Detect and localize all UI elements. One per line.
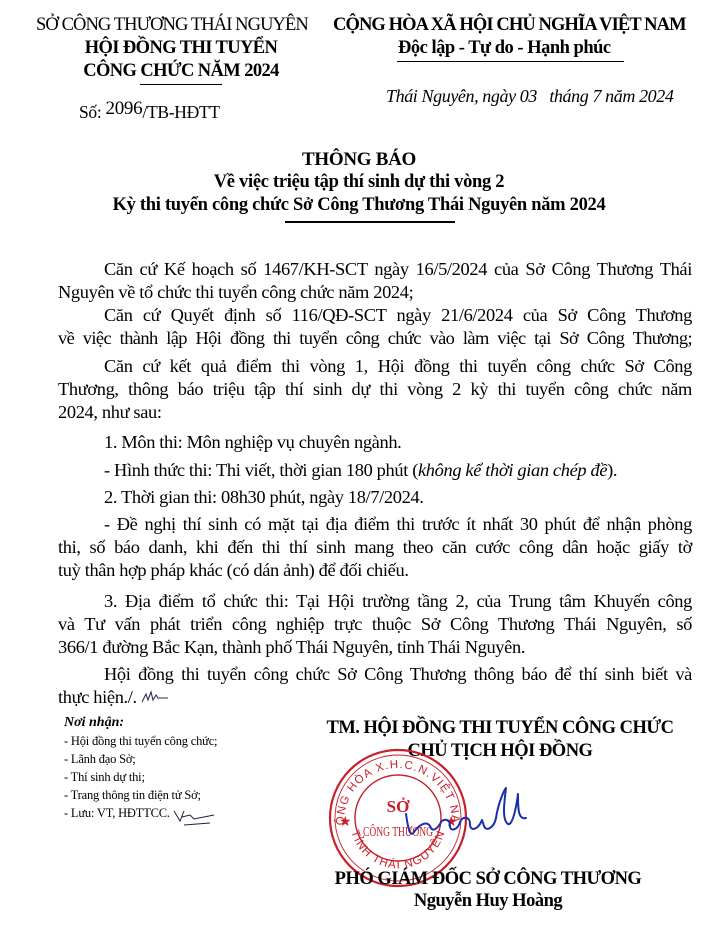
document-subtitle-2: Kỳ thi tuyển công chức Sở Công Thương Th… xyxy=(0,195,718,216)
recipient-item: - Lãnh đạo Sở; xyxy=(64,751,136,767)
doc-number-code: /TB-HĐTT xyxy=(142,102,219,122)
date-day: 03 xyxy=(520,86,537,106)
document-number: Số: 2096 /TB-HĐTT xyxy=(79,102,220,124)
item3-location-line2: và Tư vấn phát triển công nghiệp trực th… xyxy=(58,613,692,635)
recipient-item: - Thí sinh dự thi; xyxy=(64,769,145,785)
body-para2-line1: Căn cứ Quyết định số 116/QĐ-SCT ngày 21/… xyxy=(104,304,692,326)
item1-exam-form-suffix: ). xyxy=(607,460,617,480)
item1-exam-form-prefix: - Hình thức thi: Thi viết, thời gian 180… xyxy=(104,460,418,480)
initials-mark-icon xyxy=(170,805,220,827)
doc-number-label: Số: xyxy=(79,102,101,122)
date-month: 7 xyxy=(592,86,601,106)
motto-underline xyxy=(397,61,624,62)
item1-exam-form-note: không kể thời gian chép đề xyxy=(418,460,607,480)
nation-name: CỘNG HÒA XÃ HỘI CHỦ NGHĨA VIỆT NAM xyxy=(333,14,686,36)
signer-name: Nguyễn Huy Hoàng xyxy=(288,890,688,912)
recipient-item: - Lưu: VT, HĐTTCC. xyxy=(64,805,170,821)
item2-note-line1: - Đề nghị thí sinh có mặt tại địa điểm t… xyxy=(104,513,692,535)
header-left-underline xyxy=(140,84,222,85)
svg-text:★: ★ xyxy=(339,814,352,830)
document-subtitle-1: Về việc triệu tập thí sinh dự thi vòng 2 xyxy=(0,172,718,193)
date-year-label: năm xyxy=(605,86,635,106)
body-para3-line3: 2024, như sau: xyxy=(58,401,162,423)
item3-location-line1: 3. Địa điểm tổ chức thi: Tại Hội trường … xyxy=(104,590,692,612)
body-para3-line1: Căn cứ kết quả điểm thi vòng 1, Hội đồng… xyxy=(104,355,692,377)
handwritten-signature-icon xyxy=(400,780,540,850)
doc-number-value: 2096 xyxy=(106,98,143,119)
agency-name: SỞ CÔNG THƯƠNG THÁI NGUYÊN xyxy=(36,14,326,36)
body-para1-line2: Nguyên về tổ chức thi tuyển công chức nă… xyxy=(58,281,413,303)
recipient-item: - Hội đồng thi tuyển công chức; xyxy=(64,733,217,749)
title-underline xyxy=(285,221,455,223)
date-year: 2024 xyxy=(639,86,673,106)
closing-line2: thực hiện./. xyxy=(58,686,137,708)
document-title: THÔNG BÁO xyxy=(0,149,718,171)
item2-exam-time: 2. Thời gian thi: 08h30 phút, ngày 18/7/… xyxy=(104,486,424,508)
body-para2-line2: về việc thành lập Hội đồng thi tuyển côn… xyxy=(58,327,692,349)
closing-line1: Hội đồng thi tuyển công chức Sở Công Thư… xyxy=(104,663,692,685)
signer-position: PHÓ GIÁM ĐỐC SỞ CÔNG THƯƠNG xyxy=(288,868,688,890)
date-month-label: tháng xyxy=(549,86,588,106)
council-name-line2: CÔNG CHỨC NĂM 2024 xyxy=(40,60,322,82)
recipients-label: Nơi nhận: xyxy=(64,715,124,731)
body-para1-line1: Căn cứ Kế hoạch số 1467/KH-SCT ngày 16/5… xyxy=(104,258,692,280)
recipient-item: - Trang thông tin điện tử Sở; xyxy=(64,787,201,803)
initials-mark-icon xyxy=(140,686,170,706)
national-motto: Độc lập - Tự do - Hạnh phúc xyxy=(398,37,611,59)
item1-exam-form: - Hình thức thi: Thi viết, thời gian 180… xyxy=(104,459,617,481)
council-name-line1: HỘI ĐỒNG THI TUYỂN xyxy=(40,37,322,59)
item1-subject: 1. Môn thi: Môn nghiệp vụ chuyên ngành. xyxy=(104,431,401,453)
place-date: Thái Nguyên, ngày 03 tháng 7 năm 2024 xyxy=(386,86,673,107)
body-para3-line2: Thương, thông báo triệu tập thí sinh dự … xyxy=(58,378,692,400)
item2-note-line2: thi, số báo danh, khi đến thi thí sinh m… xyxy=(58,536,692,558)
item2-note-line3: tuỳ thân hợp pháp khác (có dán ảnh) để đ… xyxy=(58,559,409,581)
place-date-prefix: Thái Nguyên, ngày xyxy=(386,86,516,106)
item3-location-line3: 366/1 đường Bắc Kạn, thành phố Thái Nguy… xyxy=(58,636,525,658)
signature-on-behalf: TM. HỘI ĐỒNG THI TUYỂN CÔNG CHỨC xyxy=(300,717,700,739)
